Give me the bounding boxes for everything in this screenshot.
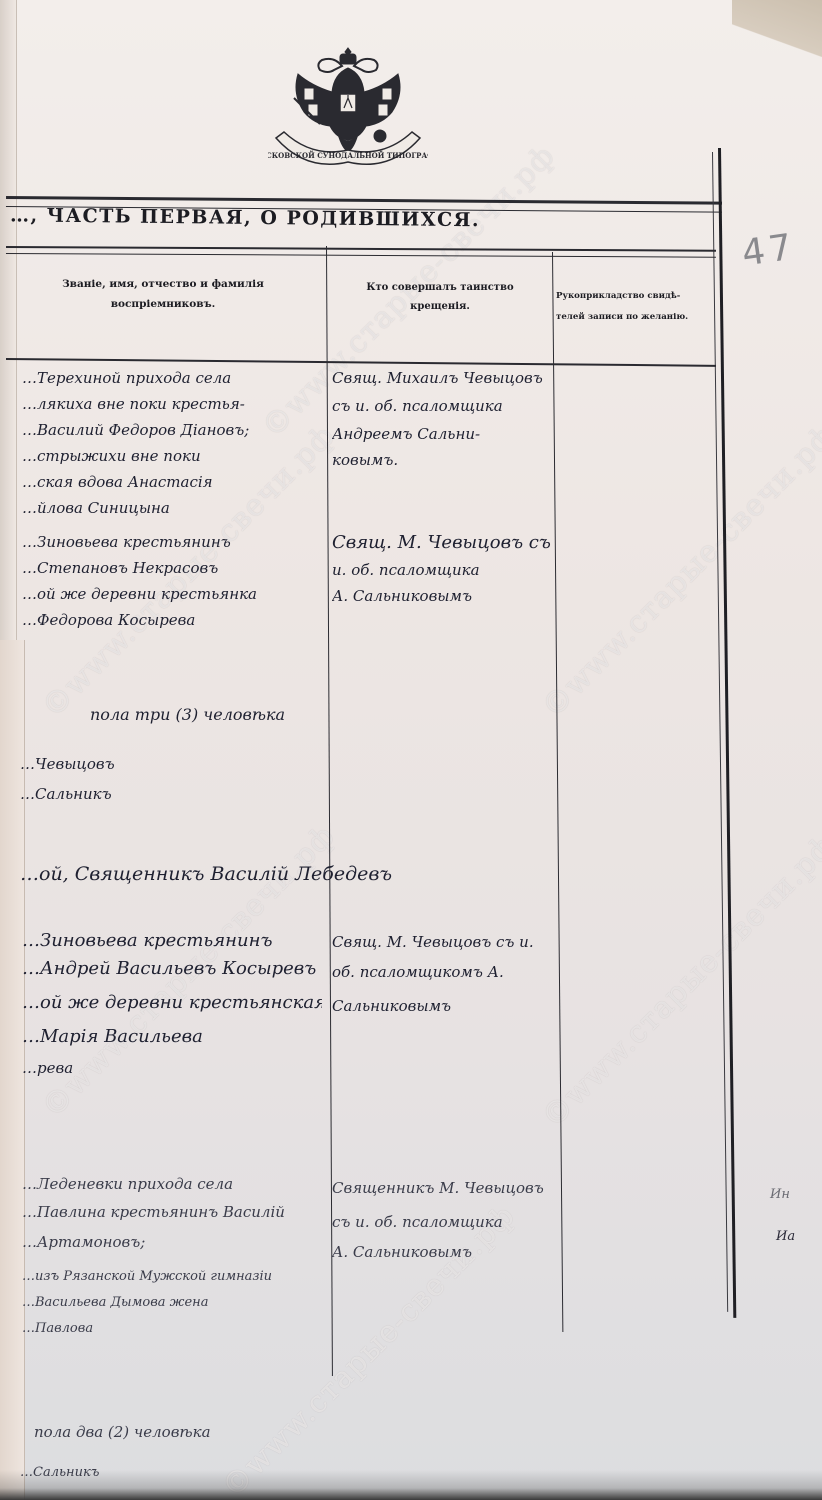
priest-line: Священникъ М. Чевыцовъ	[332, 1176, 558, 1201]
column-header-witness-signatures: Рукоприкладство свидѣ- телей записи по ж…	[556, 286, 716, 327]
column-header-sponsors: Званіе, имя, отчество и фамилія воспріем…	[0, 275, 326, 315]
svg-text:МОСКОВСКОЙ СУНОДАЛЬНОЙ ТИПОГРА: МОСКОВСКОЙ СУНОДАЛЬНОЙ ТИПОГРАФІИ	[268, 150, 428, 160]
sponsor-line: …йлова Синицына	[22, 496, 322, 521]
sponsor-line: …Павлина крестьянинъ Василій	[22, 1200, 322, 1225]
sponsor-line: …Зиновьева крестьянинъ	[22, 530, 322, 555]
priest-line: Свящ. М. Чевыцовъ съ и.	[332, 930, 558, 955]
register-page: ©www.старые-свечи.рф ©www.старые-свечи.р…	[0, 0, 822, 1500]
sponsor-line: …ой же деревни крестьянка	[22, 582, 322, 607]
summary-line: пола два (2) человѣка	[34, 1420, 211, 1445]
priest-line: съ и. об. псаломщика	[332, 1210, 558, 1235]
sponsor-line: …Василий Федоров Діановъ;	[22, 418, 322, 443]
priest-line: А. Сальниковымъ	[332, 1240, 558, 1265]
priest-line: об. псаломщикомъ А.	[332, 960, 558, 985]
sponsor-line: …Леденевки прихода села	[22, 1172, 322, 1197]
sponsor-line: …Степановъ Некрасовъ	[22, 556, 322, 581]
priest-line: съ и. об. псаломщика	[332, 394, 558, 419]
torn-corner	[732, 0, 822, 70]
clergy-line: …ой, Священникъ Василій Лебедевъ	[20, 862, 392, 887]
margin-note: Ин	[770, 1182, 790, 1208]
watermark: ©www.старые-свечи.рф	[535, 418, 822, 725]
sponsor-line: …ская вдова Анастасія	[22, 470, 322, 495]
sponsor-line: …изъ Рязанской Мужской гимназіи	[22, 1264, 322, 1289]
priest-line: Андреемъ Сальни-	[332, 422, 558, 447]
sponsor-line: …Зиновьева крестьянинъ	[22, 928, 322, 953]
priest-line: Сальниковымъ	[332, 994, 558, 1019]
summary-line: пола три (3) человѣка	[90, 702, 285, 727]
priest-line: ковымъ.	[332, 448, 558, 473]
frame-right-rule	[718, 148, 736, 1318]
sponsor-line: …Терехиной прихода села	[22, 366, 322, 391]
column-header-performed-by: Кто совершалъ таинство крещенія.	[330, 278, 550, 316]
sponsor-line: …рева	[22, 1056, 322, 1081]
sponsor-line: …Андрей Васильевъ Косыревъ	[22, 956, 322, 981]
title-rule	[6, 246, 716, 258]
page-number: 47	[739, 226, 798, 274]
priest-line: Свящ. М. Чевыцовъ съ	[332, 530, 558, 555]
sponsor-line: …ой же деревни крестьянская	[22, 990, 322, 1015]
priest-line: А. Сальниковымъ	[332, 584, 558, 609]
watermark: ©www.старые-свечи.рф	[535, 828, 822, 1135]
priest-line: Свящ. Михаилъ Чевыцовъ	[332, 366, 558, 391]
sponsor-line: …Артамоновъ;	[22, 1230, 322, 1255]
margin-note: Иа	[776, 1224, 795, 1250]
sponsor-line: …Федорова Косырева	[22, 608, 322, 633]
sponsor-line: …Павлова	[22, 1316, 322, 1341]
signature: …Сальникъ	[20, 782, 112, 807]
sponsor-line: …Васильева Дымова жена	[22, 1290, 322, 1315]
signature: …Чевыцовъ	[20, 752, 115, 777]
priest-line: и. об. псаломщика	[332, 558, 558, 583]
sponsor-line: …стрыжихи вне поки	[22, 444, 322, 469]
sponsor-line: …лякиха вне поки крестья-	[22, 392, 322, 417]
double-headed-eagle-icon: МОСКОВСКОЙ СУНОДАЛЬНОЙ ТИПОГРАФІИ	[268, 42, 428, 182]
sponsor-line: …Марія Васильева	[22, 1024, 322, 1049]
page-bottom-shadow	[0, 1470, 822, 1500]
